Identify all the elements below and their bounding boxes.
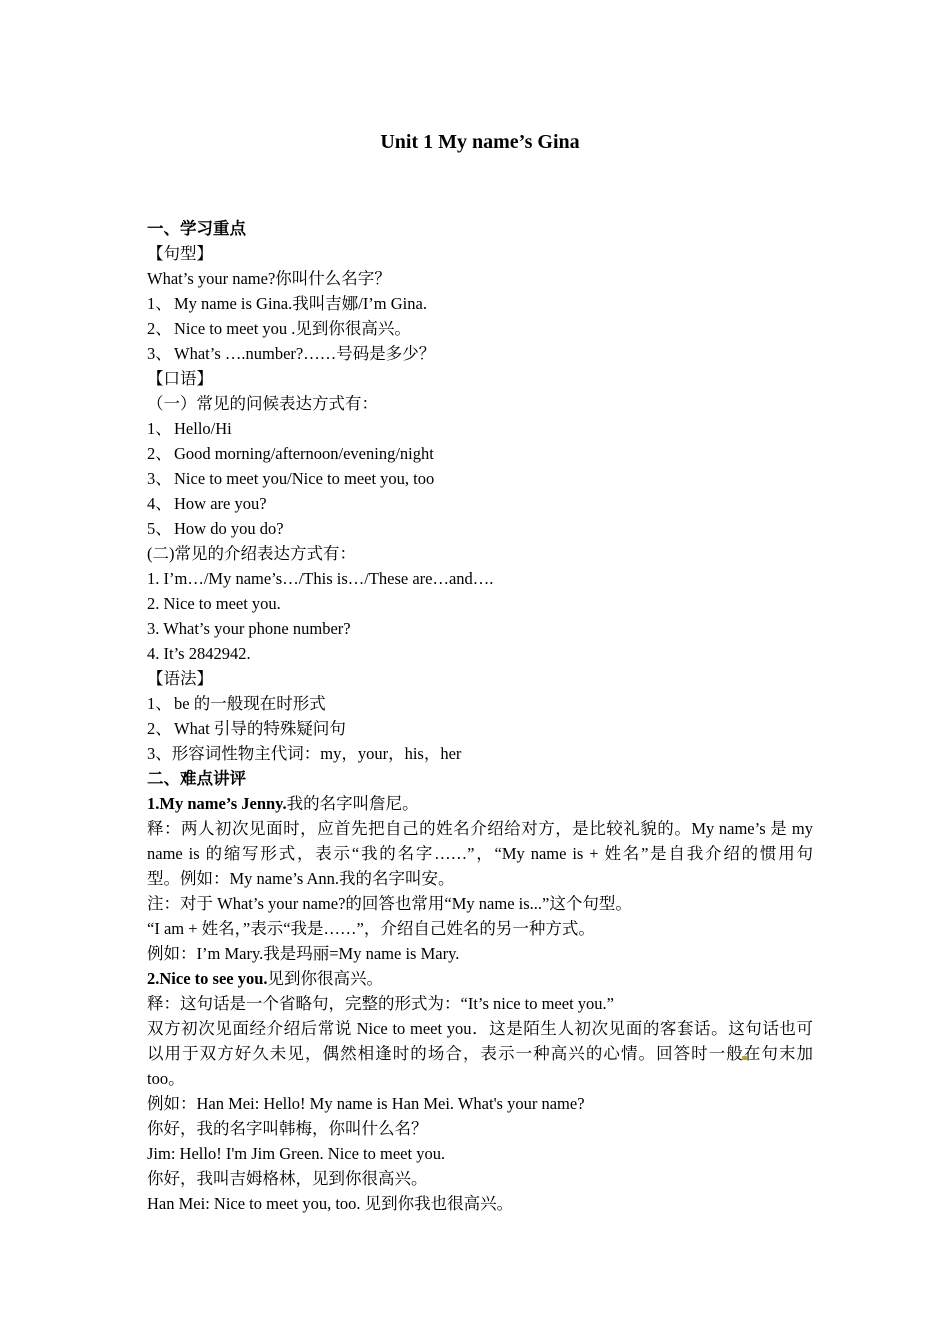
doc-line: 以用于双方好久未见，偶然相逢时的场合，表示一种高兴的心情。回答时一般在句末加 xyxy=(147,1041,813,1066)
doc-line: 1、My name is Gina.我叫吉娜/I’m Gina. xyxy=(147,291,813,316)
doc-line: 2、What 引导的特殊疑问句 xyxy=(147,716,813,741)
doc-line: What’s your name?你叫什么名字？ xyxy=(147,266,813,291)
doc-line: 注：对于 What’s your name?的回答也常用“My name is.… xyxy=(147,891,813,916)
text-segment: 型。例如：My name’s Ann.我的名字叫安。 xyxy=(147,869,455,888)
doc-line: 二、难点讲评 xyxy=(147,766,813,791)
text-segment: 2.Nice to see you. xyxy=(147,969,268,988)
doc-line: too。 xyxy=(147,1066,813,1091)
list-number: 1、 xyxy=(147,291,174,316)
text-segment: Good morning/afternoon/evening/night xyxy=(174,444,434,463)
list-number: 2、 xyxy=(147,316,174,341)
doc-line: 5、How do you do? xyxy=(147,516,813,541)
text-segment: 见到你很高兴。 xyxy=(268,969,384,988)
text-segment: 【语法】 xyxy=(147,669,213,688)
list-number: 5、 xyxy=(147,516,174,541)
doc-line: 1.My name’s Jenny.我的名字叫詹尼。 xyxy=(147,791,813,816)
doc-line: 【句型】 xyxy=(147,241,813,266)
doc-line: 释：这句话是一个省略句，完整的形式为：“It’s nice to meet yo… xyxy=(147,991,813,1016)
spellcheck-mark xyxy=(742,1056,747,1060)
doc-line: 1. I’m…/My name’s…/This is…/These are…an… xyxy=(147,566,813,591)
text-segment: Han Mei: Nice to meet you, too. 见到你我也很高兴… xyxy=(147,1194,513,1213)
doc-line: 你好，我叫吉姆格林，见到你很高兴。 xyxy=(147,1166,813,1191)
text-segment: too。 xyxy=(147,1069,185,1088)
text-segment: My name is Gina.我叫吉娜/I’m Gina. xyxy=(174,294,427,313)
text-segment: Hello/Hi xyxy=(174,419,232,438)
text-segment: 双方初次见面经介绍后常说 Nice to meet you．这是陌生人初次见面的… xyxy=(147,1019,813,1038)
text-segment: 4. It’s 2842942. xyxy=(147,644,251,663)
text-segment: Nice to meet you/Nice to meet you, too xyxy=(174,469,434,488)
list-number: 2、 xyxy=(147,716,174,741)
doc-line: 【语法】 xyxy=(147,666,813,691)
text-segment: 例如：I’m Mary.我是玛丽=My name is Mary. xyxy=(147,944,459,963)
doc-line: 2、Nice to meet you .见到你很高兴。 xyxy=(147,316,813,341)
doc-line: 你好，我的名字叫韩梅，你叫什么名？ xyxy=(147,1116,813,1141)
text-segment: What’s your name?你叫什么名字？ xyxy=(147,269,391,288)
doc-line: 例如：I’m Mary.我是玛丽=My name is Mary. xyxy=(147,941,813,966)
doc-line: 【口语】 xyxy=(147,366,813,391)
text-segment: 你好，我的名字叫韩梅，你叫什么名？ xyxy=(147,1119,428,1138)
text-segment: 二、难点讲评 xyxy=(147,769,246,788)
doc-line: 2. Nice to meet you. xyxy=(147,591,813,616)
document-page: Unit 1 My name’s Gina 一、学习重点【句型】What’s y… xyxy=(0,0,950,1344)
text-segment: 以用于双方好久未见，偶然相逢时的场合，表示一种高兴的心情。回答时一般在句末加 xyxy=(147,1044,813,1063)
doc-line: 1、Hello/Hi xyxy=(147,416,813,441)
text-segment: 3. What’s your phone number? xyxy=(147,619,351,638)
doc-line: Han Mei: Nice to meet you, too. 见到你我也很高兴… xyxy=(147,1191,813,1216)
document-body: 一、学习重点【句型】What’s your name?你叫什么名字？1、My n… xyxy=(147,216,813,1216)
text-segment: （一）常见的问候表达方式有： xyxy=(147,394,378,413)
text-segment: How do you do? xyxy=(174,519,284,538)
doc-line: name is 的缩写形式，表示“我的名字……”，“My name is + 姓… xyxy=(147,841,813,866)
doc-line: 释：两人初次见面时，应首先把自己的姓名介绍给对方，是比较礼貌的。My name’… xyxy=(147,816,813,841)
text-segment: be 的一般现在时形式 xyxy=(174,694,326,713)
doc-line: 4. It’s 2842942. xyxy=(147,641,813,666)
doc-line: 双方初次见面经介绍后常说 Nice to meet you．这是陌生人初次见面的… xyxy=(147,1016,813,1041)
text-segment: How are you? xyxy=(174,494,267,513)
doc-line: Jim: Hello! I'm Jim Green. Nice to meet … xyxy=(147,1141,813,1166)
doc-line: 4、How are you? xyxy=(147,491,813,516)
text-segment: 1. I’m…/My name’s…/This is…/These are…an… xyxy=(147,569,493,588)
list-number: 1、 xyxy=(147,416,174,441)
doc-line: 1、be 的一般现在时形式 xyxy=(147,691,813,716)
doc-line: （一）常见的问候表达方式有： xyxy=(147,391,813,416)
doc-line: 2、Good morning/afternoon/evening/night xyxy=(147,441,813,466)
doc-line: 2.Nice to see you.见到你很高兴。 xyxy=(147,966,813,991)
text-segment: 你好，我叫吉姆格林，见到你很高兴。 xyxy=(147,1169,428,1188)
doc-line: 例如：Han Mei: Hello! My name is Han Mei. W… xyxy=(147,1091,813,1116)
text-segment: 释：两人初次见面时，应首先把自己的姓名介绍给对方，是比较礼貌的。My name’… xyxy=(147,819,813,838)
doc-line: 3、What’s ….number?……号码是多少？ xyxy=(147,341,813,366)
text-segment: 2. Nice to meet you. xyxy=(147,594,281,613)
text-segment: 1.My name’s Jenny. xyxy=(147,794,287,813)
text-segment: 【口语】 xyxy=(147,369,213,388)
text-segment: 3、形容词性物主代词：my，your，his，her xyxy=(147,744,461,763)
list-number: 2、 xyxy=(147,441,174,466)
doc-line: 3、形容词性物主代词：my，your，his，her xyxy=(147,741,813,766)
document-title: Unit 1 My name’s Gina xyxy=(147,126,813,158)
doc-line: “I am + 姓名，”表示“我是……”，介绍自己姓名的另一种方式。 xyxy=(147,916,813,941)
text-segment: (二)常见的介绍表达方式有： xyxy=(147,544,356,563)
list-number: 1、 xyxy=(147,691,174,716)
doc-line: 型。例如：My name’s Ann.我的名字叫安。 xyxy=(147,866,813,891)
text-segment: 注：对于 What’s your name?的回答也常用“My name is.… xyxy=(147,894,632,913)
doc-line: 一、学习重点 xyxy=(147,216,813,241)
text-segment: “I am + 姓名，”表示“我是……”，介绍自己姓名的另一种方式。 xyxy=(147,919,595,938)
text-segment: 释：这句话是一个省略句，完整的形式为：“It’s nice to meet yo… xyxy=(147,994,614,1013)
doc-line: 3. What’s your phone number? xyxy=(147,616,813,641)
text-segment: Jim: Hello! I'm Jim Green. Nice to meet … xyxy=(147,1144,445,1163)
list-number: 3、 xyxy=(147,466,174,491)
text-segment: Nice to meet you .见到你很高兴。 xyxy=(174,319,411,338)
text-segment: 【句型】 xyxy=(147,244,213,263)
text-segment: name is 的缩写形式，表示“我的名字……”，“My name is + 姓… xyxy=(147,844,813,863)
doc-line: 3、Nice to meet you/Nice to meet you, too xyxy=(147,466,813,491)
text-segment: What 引导的特殊疑问句 xyxy=(174,719,346,738)
text-segment: 例如：Han Mei: Hello! My name is Han Mei. W… xyxy=(147,1094,585,1113)
list-number: 3、 xyxy=(147,341,174,366)
text-segment: 一、学习重点 xyxy=(147,219,246,238)
text-segment: What’s ….number?……号码是多少？ xyxy=(174,344,435,363)
doc-line: (二)常见的介绍表达方式有： xyxy=(147,541,813,566)
list-number: 4、 xyxy=(147,491,174,516)
text-segment: 我的名字叫詹尼。 xyxy=(287,794,419,813)
